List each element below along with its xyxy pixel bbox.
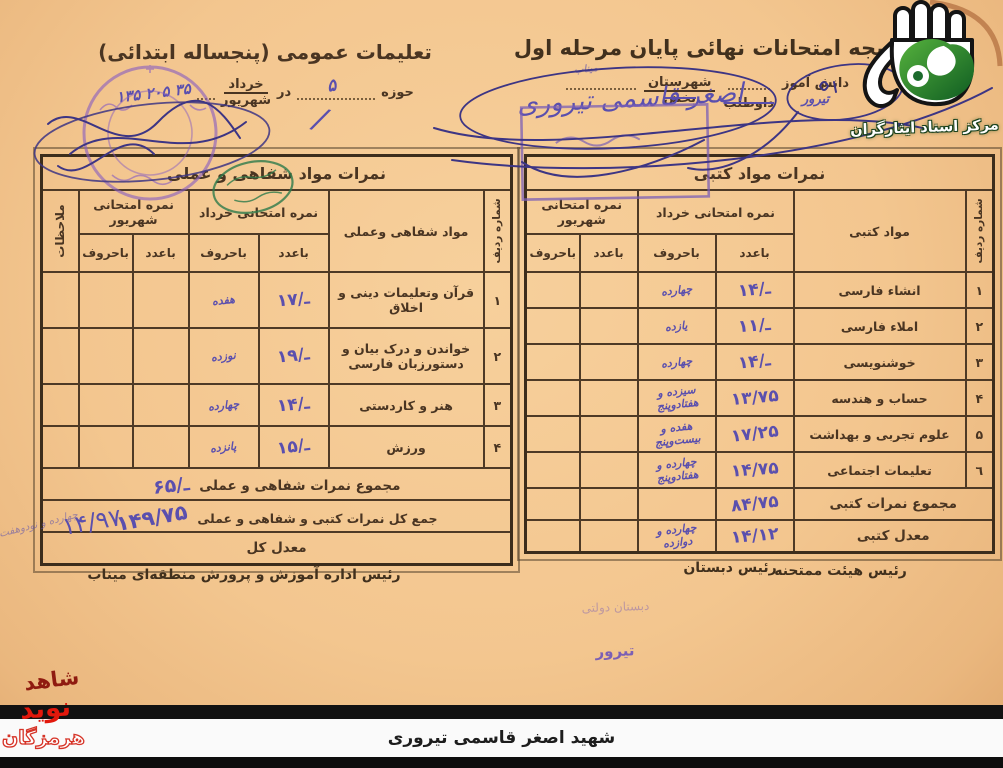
table-row: ۱قرآن وتعلیمات دینی و اخلاق۱۷/ـهفده: [42, 272, 512, 328]
grade-number-cell: ۱۴/۷۵: [716, 452, 794, 488]
grade-word-cell: چهارده و هفتادوپنج: [638, 452, 716, 488]
empty-grade-cell: [580, 452, 638, 488]
grade-number-cell: ۱۷/۲۵: [716, 416, 794, 452]
general-education-header: تعلیمات عمومی (پنجساله ابتدائی) حوزه ۵ د…: [60, 40, 470, 107]
notes-header-label: ملاحظات: [53, 204, 67, 257]
word-subheader: باحروف: [79, 234, 133, 272]
empty-grade-cell: [526, 344, 580, 380]
num-subheader: باعدد: [133, 234, 189, 272]
subject-cell: قرآن وتعلیمات دینی و اخلاق: [329, 272, 484, 328]
zone-dotted-line: ۵: [297, 86, 375, 100]
grade-word-cell: سیزده و هفتادوپنج: [638, 380, 716, 416]
empty-grade-cell: [133, 328, 189, 384]
empty-grade-cell: [133, 426, 189, 468]
empty-grade-cell: [79, 426, 133, 468]
handwritten-zone-number: ۵: [326, 75, 338, 96]
empty-grade-cell: [580, 520, 638, 553]
subject-header: مواد کتبی: [794, 190, 966, 272]
shahrivar-header: نمره امتحانی شهریور: [526, 190, 638, 234]
row-number-cell: ٦: [966, 452, 994, 488]
handwritten-date: ۱۳۵ ۲۰۵ ۳۵: [115, 79, 192, 106]
empty-grade-cell: [526, 488, 580, 520]
grade-number-cell: ۱۴/ـ: [716, 344, 794, 380]
header-row-groups: شماره ردیف مواد کتبی نمره امتحانی خرداد …: [526, 190, 994, 234]
subject-cell: ورزش: [329, 426, 484, 468]
table-row: ۱انشاء فارسی۱۴/ـچهارده: [526, 272, 994, 308]
month-fraction: خرداد شهریور: [221, 78, 271, 107]
oral-total-value: ۶۵/ـ: [152, 473, 191, 499]
row-number-header-label: شماره ردیف: [973, 198, 985, 263]
grade-word-cell: یازده: [638, 308, 716, 344]
khordad-header: نمره امتحانی خرداد: [638, 190, 794, 234]
empty-grade-cell: [526, 520, 580, 553]
empty-grade-cell: [526, 272, 580, 308]
subject-header: مواد شفاهی وعملی: [329, 190, 484, 272]
empty-grade-cell: [580, 380, 638, 416]
row-number-header: شماره ردیف: [966, 190, 994, 272]
notes-cell: [42, 272, 79, 328]
written-total-label: مجموع نمرات کتبی: [794, 488, 994, 520]
empty-grade-cell: [580, 272, 638, 308]
word-subheader: باحروف: [638, 234, 716, 272]
oral-table-title: نمرات مواد شفاهی و عملی: [42, 156, 512, 191]
grade-number-cell: ۱۴/ـ: [259, 384, 329, 426]
grade-number-cell: ۱۷/ـ: [259, 272, 329, 328]
row-number-cell: ۴: [484, 426, 512, 468]
row-number-cell: ۱: [966, 272, 994, 308]
num-subheader: باعدد: [716, 234, 794, 272]
subject-cell: تعلیمات اجتماعی: [794, 452, 966, 488]
student-label: دانش آموز: [782, 76, 849, 92]
empty-grade-cell: [133, 272, 189, 328]
row-number-cell: ۱: [484, 272, 512, 328]
empty-grade-cell: [133, 384, 189, 426]
row-number-header-label: شماره ردیف: [491, 198, 503, 263]
grand-total-value: ۱۴۹/۷۵: [114, 500, 189, 536]
grade-word-cell: چهارده: [189, 384, 259, 426]
month-khordad: خرداد: [224, 78, 267, 94]
grade-number-cell: ۱۳/۷۵: [716, 380, 794, 416]
oral-total-row: مجموع نمرات شفاهی و عملی۶۵/ـ: [42, 468, 512, 500]
date-dotted-line: [197, 86, 215, 100]
subject-cell: علوم تجربی و بهداشت: [794, 416, 966, 452]
brand-shahed-label: شاهد: [23, 665, 81, 696]
subject-cell: هنر و کاردستی: [329, 384, 484, 426]
num-subheader: باعدد: [259, 234, 329, 272]
row-number-header: شماره ردیف: [484, 190, 512, 272]
gpa-row: معدل کل: [42, 532, 512, 565]
subject-cell: املاء فارسی: [794, 308, 966, 344]
grade-number-cell: ۱۴/ـ: [716, 272, 794, 308]
num-subheader: باعدد: [580, 234, 638, 272]
grand-total-label: جمع کل نمرات کتبی و شفاهی و عملی: [197, 511, 437, 526]
isar-hand-logo-icon: [850, 0, 1000, 122]
grade-number-cell: ۱۹/ـ: [259, 328, 329, 384]
row-number-cell: ۴: [966, 380, 994, 416]
grade-word-cell: نوزده: [189, 328, 259, 384]
word-subheader: باحروف: [526, 234, 580, 272]
table-title-row: نمرات مواد شفاهی و عملی: [42, 156, 512, 191]
education-type-title: تعلیمات عمومی (پنجساله ابتدائی): [60, 40, 470, 64]
empty-grade-cell: [580, 344, 638, 380]
empty-grade-cell: [580, 488, 638, 520]
notes-cell: [42, 384, 79, 426]
grade-number-cell: ۱۱/ـ: [716, 308, 794, 344]
grade-word-cell: پانزده: [189, 426, 259, 468]
empty-grade-cell: [79, 384, 133, 426]
month-shahrivar: شهریور: [221, 94, 271, 108]
black-band-bottom: [0, 757, 1003, 768]
in-label: در: [277, 85, 291, 100]
table-row: ٦تعلیمات اجتماعی۱۴/۷۵چهارده و هفتادوپنج: [526, 452, 994, 488]
education-office-head-label: رئیس اداره آموزش و پرورش منطقه‌ای میناب: [58, 567, 430, 583]
row-number-cell: ۳: [484, 384, 512, 426]
oral-total-label-cell: مجموع نمرات شفاهی و عملی۶۵/ـ: [42, 468, 512, 500]
grade-word-cell: هفده و بیست‌وپنج: [638, 416, 716, 452]
brand-region-label: هرمزگان: [2, 727, 85, 749]
notes-cell: [42, 426, 79, 468]
empty-grade-cell: [526, 308, 580, 344]
handwritten-county: میناب: [574, 63, 599, 76]
subject-cell: حساب و هندسه: [794, 380, 966, 416]
written-grades-table-wrap: نمرات مواد کتبی شماره ردیف مواد کتبی نمر…: [524, 154, 995, 554]
empty-grade-cell: [526, 380, 580, 416]
empty-grade-cell: [79, 272, 133, 328]
zone-label: حوزه: [381, 85, 414, 100]
header-row-groups: شماره ردیف مواد شفاهی وعملی نمره امتحانی…: [42, 190, 512, 234]
subject-cell: خوشنویسی: [794, 344, 966, 380]
subject-cell: خواندن و درک بیان و دستورزبان فارسی: [329, 328, 484, 384]
table-row: ۴ورزش۱۵/ـپانزده: [42, 426, 512, 468]
row-number-cell: ۲: [966, 308, 994, 344]
shahrivar-header: نمره امتحانی شهریور: [79, 190, 189, 234]
empty-grade-cell: [526, 416, 580, 452]
brand-navid-label: نوید: [19, 692, 72, 725]
school-stamp-line2: تیرور: [540, 639, 691, 662]
empty-grade-cell: [580, 416, 638, 452]
table-row: ۲املاء فارسی۱۱/ـیازده: [526, 308, 994, 344]
written-average-label: معدل کتبی: [794, 520, 994, 553]
gpa-label-cell: معدل کل: [42, 532, 512, 565]
empty-grade-cell: [638, 488, 716, 520]
empty-grade-cell: [580, 308, 638, 344]
table-row: ۳خوشنویسی۱۴/ـچهارده: [526, 344, 994, 380]
subject-cell: انشاء فارسی: [794, 272, 966, 308]
handwritten-school-name: تیرور: [802, 92, 829, 108]
row-number-cell: ۲: [484, 328, 512, 384]
khordad-header: نمره امتحانی خرداد: [189, 190, 329, 234]
black-band-top: [0, 705, 1003, 719]
row-number-cell: ۳: [966, 344, 994, 380]
grade-number-cell: ۱۵/ـ: [259, 426, 329, 468]
table-row: ۲خواندن و درک بیان و دستورزبان فارسی۱۹/ـ…: [42, 328, 512, 384]
written-average-word: چهارده و دوازده: [638, 520, 716, 553]
martyr-caption: شهید اصغر قاسمی تیروری: [388, 728, 616, 748]
oral-total-label: مجموع نمرات شفاهی و عملی: [199, 478, 400, 494]
notes-cell: [42, 328, 79, 384]
table-row: ۳هنر و کاردستی۱۴/ـچهارده: [42, 384, 512, 426]
table-row: ۵علوم تجربی و بهداشت۱۷/۲۵هفده و بیست‌وپن…: [526, 416, 994, 452]
written-average-value: ۱۴/۱۲: [716, 520, 794, 553]
isar-documents-logo: مرکز اسناد ایثارگران: [846, 0, 1003, 165]
school-stamp-line1: دبستان دولتی: [528, 597, 703, 617]
row-number-cell: ۵: [966, 416, 994, 452]
empty-grade-cell: [526, 452, 580, 488]
grade-word-cell: چهارده: [638, 272, 716, 308]
report-card-scan: تعلیمات عمومی (پنجساله ابتدائی) حوزه ۵ د…: [0, 0, 1003, 768]
caption-strip: شهید اصغر قاسمی تیروری: [0, 719, 1003, 757]
empty-grade-cell: [79, 328, 133, 384]
word-subheader: باحروف: [189, 234, 259, 272]
exam-board-head-label: رئیس هیئت ممتحنه: [758, 563, 923, 579]
exam-zone-line: حوزه ۵ در خرداد شهریور ۱۳۵ ۲۰۵ ۳۵: [60, 78, 470, 107]
written-total-value: ۸۴/۷۵: [716, 488, 794, 520]
grade-word-cell: چهارده: [638, 344, 716, 380]
table-row: ۴حساب و هندسه۱۳/۷۵سیزده و هفتادوپنج: [526, 380, 994, 416]
average-row: معدل کتبی۱۴/۱۲چهارده و دوازده: [526, 520, 994, 553]
total-row: مجموع نمرات کتبی۸۴/۷۵: [526, 488, 994, 520]
notes-header: ملاحظات: [42, 190, 79, 272]
written-grades-table: نمرات مواد کتبی شماره ردیف مواد کتبی نمر…: [524, 154, 995, 554]
student-candidate-stack: دانش آموز تیرور: [782, 76, 849, 107]
grade-word-cell: هفده: [189, 272, 259, 328]
